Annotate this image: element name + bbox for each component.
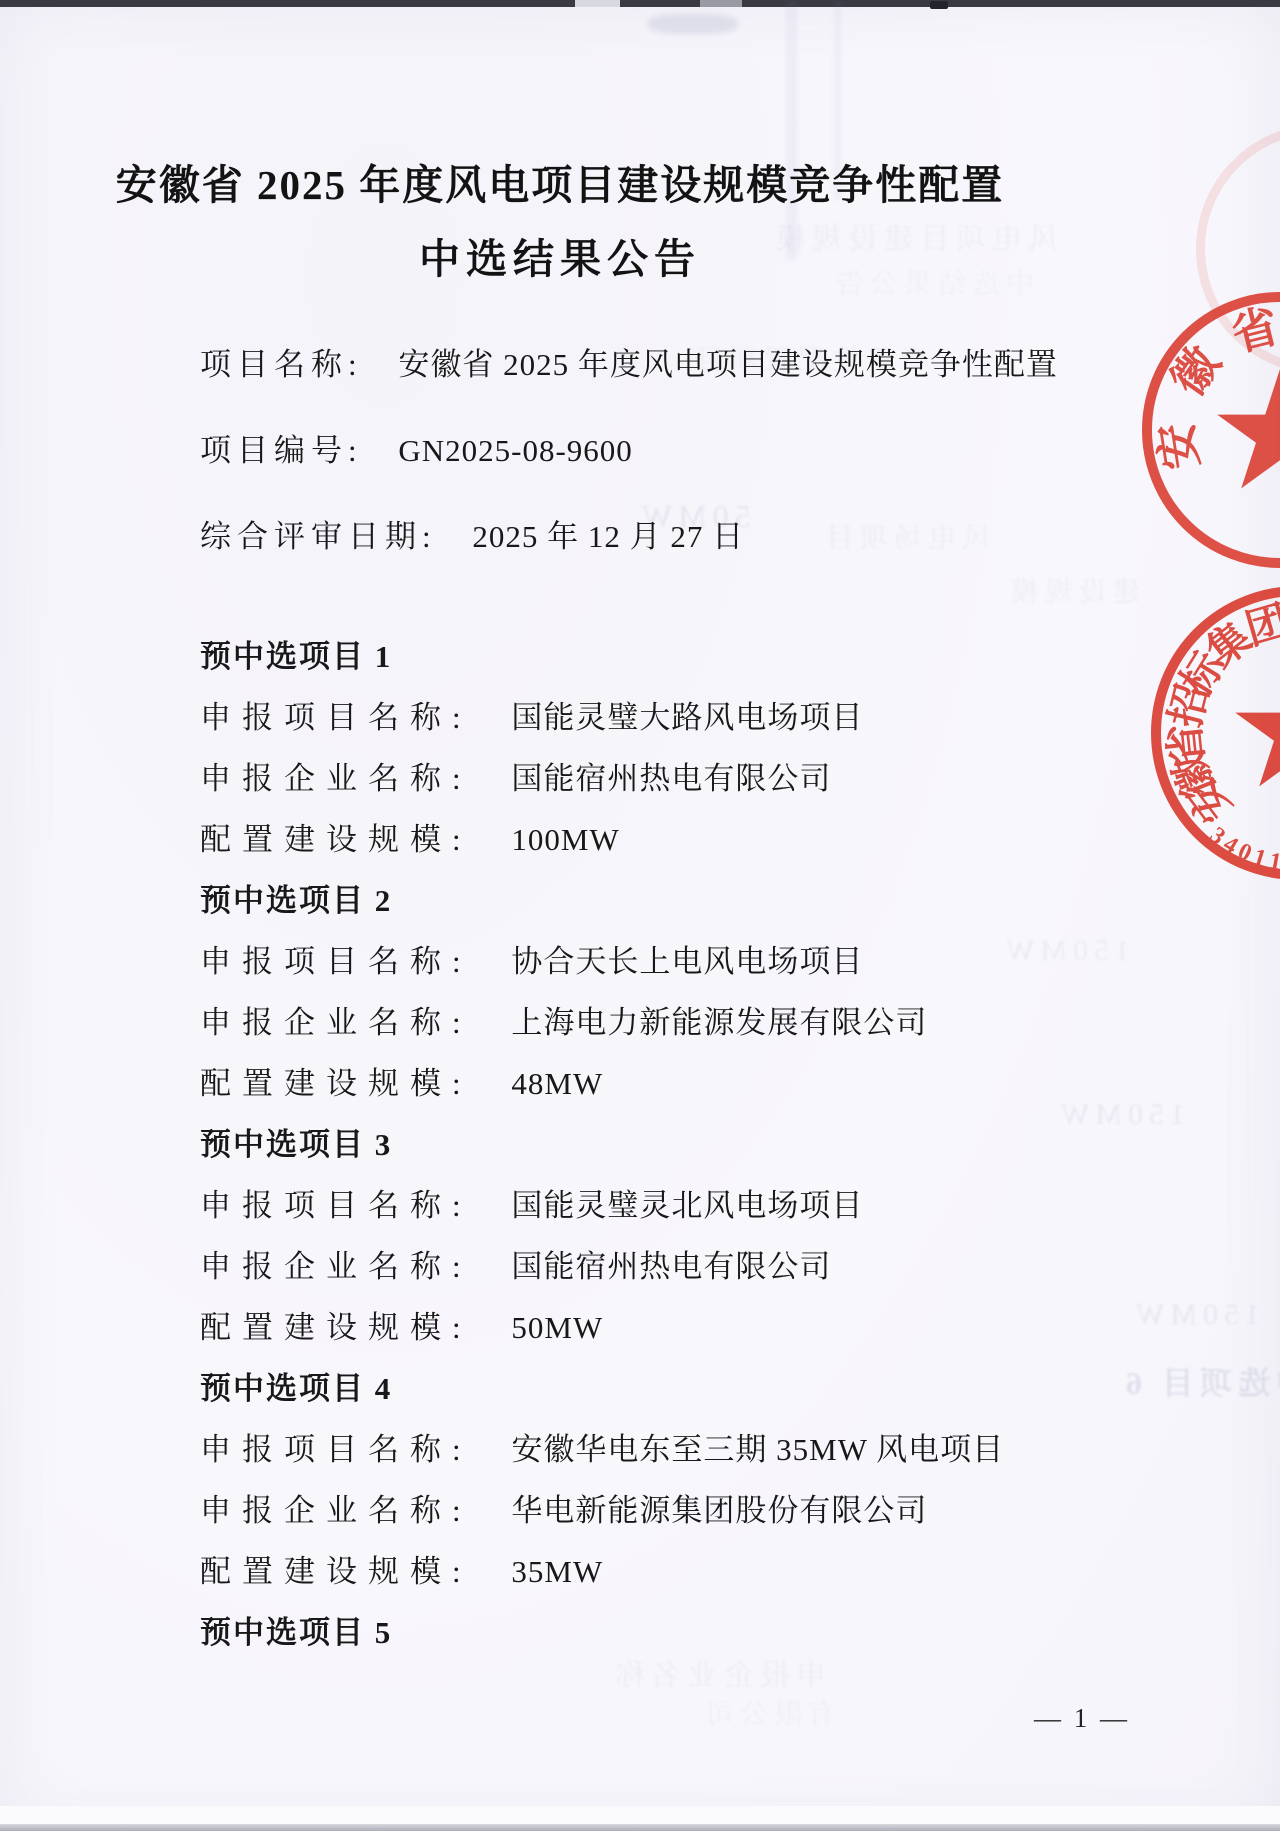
paper-bottom-band — [0, 1806, 1280, 1824]
project-number-value: GN2025-08-9600 — [398, 433, 632, 468]
bleed-through-text: 有限公司 — [700, 1692, 836, 1732]
project-heading-text: 预中选项目 4 — [200, 1371, 392, 1406]
allocated-scale-value: 48MW — [511, 1066, 603, 1101]
review-date-label: 综合评审日期: — [200, 519, 437, 554]
title-line-2: 中选结果公告 — [20, 222, 1100, 296]
company-name-line: 申报企业名称: 国能宿州热电有限公司 — [200, 748, 1160, 809]
allocated-scale-label: 配置建设规模: — [200, 1066, 472, 1101]
project-number-row: 项目编号: GN2025-08-9600 — [200, 408, 1100, 494]
seal-char: 安 — [1150, 419, 1208, 472]
tendering-group-seal-stamp: 团 集 标 招 省 徽 安 3 4 0 1 1 1 — [1140, 583, 1280, 893]
provincial-seal-stamp: 省 徽 安 — [1130, 283, 1280, 583]
document-title: 安徽省 2025 年度风电项目建设规模竞争性配置 中选结果公告 — [20, 148, 1100, 296]
scanner-edge-artifact — [575, 0, 620, 7]
project-name-line: 申报项目名称: 国能灵璧灵北风电场项目 — [200, 1175, 1160, 1236]
project-heading-text: 预中选项目 5 — [200, 1615, 392, 1650]
project-name-label: 项目名称: — [200, 347, 363, 382]
company-name-line: 申报企业名称: 上海电力新能源发展有限公司 — [200, 992, 1160, 1053]
declared-company-value: 华电新能源集团股份有限公司 — [511, 1493, 927, 1528]
scale-line: 配置建设规模: 35MW — [200, 1541, 1160, 1602]
project-heading: 预中选项目 2 — [200, 870, 1160, 931]
declared-project-name-value: 国能灵璧大路风电场项目 — [511, 700, 863, 735]
project-name-line: 申报项目名称: 协合天长上电风电场项目 — [200, 931, 1160, 992]
project-name-line: 申报项目名称: 国能灵璧大路风电场项目 — [200, 687, 1160, 748]
declared-project-name-label: 申报项目名称: — [200, 700, 472, 735]
project-name-line: 申报项目名称: 安徽华电东至三期 35MW 风电项目 — [200, 1419, 1160, 1480]
scanner-edge-artifact — [700, 0, 742, 7]
allocated-scale-value: 35MW — [511, 1554, 603, 1589]
allocated-scale-value: 100MW — [511, 822, 619, 857]
paper-bottom-edge — [0, 1824, 1280, 1831]
seal-star-icon — [1217, 369, 1280, 488]
page-number: — 1 — — [1034, 1698, 1130, 1738]
seal-digit: 1 — [1267, 848, 1280, 876]
declared-company-label: 申报企业名称: — [200, 1005, 472, 1040]
project-heading-text: 预中选项目 1 — [200, 639, 392, 674]
scanner-smudge-artifact — [648, 14, 738, 34]
project-meta: 项目名称: 安徽省 2025 年度风电项目建设规模竞争性配置 项目编号: GN2… — [200, 322, 1100, 580]
project-name-value: 安徽省 2025 年度风电项目建设规模竞争性配置 — [398, 347, 1058, 382]
scale-line: 配置建设规模: 100MW — [200, 809, 1160, 870]
scanned-document-page: 风电项目建设规模中选结果公告竞争性配置项目50MW风电场项目建设规模150MW1… — [0, 0, 1280, 1831]
allocated-scale-label: 配置建设规模: — [200, 822, 472, 857]
declared-project-name-value: 国能灵璧灵北风电场项目 — [511, 1188, 863, 1223]
allocated-scale-value: 50MW — [511, 1310, 603, 1345]
review-date-row: 综合评审日期: 2025 年 12 月 27 日 — [200, 494, 1100, 580]
declared-company-value: 国能宿州热电有限公司 — [511, 1249, 831, 1284]
project-heading: 预中选项目 3 — [200, 1114, 1160, 1175]
declared-project-name-label: 申报项目名称: — [200, 1188, 472, 1223]
allocated-scale-label: 配置建设规模: — [200, 1310, 472, 1345]
declared-company-label: 申报企业名称: — [200, 1493, 472, 1528]
declared-company-label: 申报企业名称: — [200, 761, 472, 796]
declared-company-label: 申报企业名称: — [200, 1249, 472, 1284]
project-heading-text: 预中选项目 3 — [200, 1127, 392, 1162]
declared-project-name-value: 协合天长上电风电场项目 — [511, 944, 863, 979]
company-name-line: 申报企业名称: 国能宿州热电有限公司 — [200, 1236, 1160, 1297]
declared-project-name-value: 安徽华电东至三期 35MW 风电项目 — [511, 1432, 1004, 1467]
scale-line: 配置建设规模: 48MW — [200, 1053, 1160, 1114]
scanner-mark-artifact — [930, 1, 948, 9]
project-heading: 预中选项目 1 — [200, 626, 1160, 687]
project-heading: 预中选项目 4 — [200, 1358, 1160, 1419]
review-date-value: 2025 年 12 月 27 日 — [472, 519, 744, 554]
scale-line: 配置建设规模: 50MW — [200, 1297, 1160, 1358]
projects-list: 预中选项目 1 申报项目名称: 国能灵璧大路风电场项目 申报企业名称: 国能宿州… — [200, 626, 1160, 1663]
scanner-edge-artifact — [0, 0, 1280, 7]
declared-company-value: 上海电力新能源发展有限公司 — [511, 1005, 927, 1040]
declared-company-value: 国能宿州热电有限公司 — [511, 761, 831, 796]
project-number-label: 项目编号: — [200, 433, 363, 468]
project-heading-text: 预中选项目 2 — [200, 883, 392, 918]
seal-char: 省 — [1227, 300, 1280, 361]
project-name-row: 项目名称: 安徽省 2025 年度风电项目建设规模竞争性配置 — [200, 322, 1100, 408]
declared-project-name-label: 申报项目名称: — [200, 944, 472, 979]
seal-star-icon — [1235, 667, 1280, 786]
declared-project-name-label: 申报项目名称: — [200, 1432, 472, 1467]
title-line-1: 安徽省 2025 年度风电项目建设规模竞争性配置 — [20, 148, 1100, 222]
company-name-line: 申报企业名称: 华电新能源集团股份有限公司 — [200, 1480, 1160, 1541]
project-heading: 预中选项目 5 — [200, 1602, 1160, 1663]
allocated-scale-label: 配置建设规模: — [200, 1554, 472, 1589]
